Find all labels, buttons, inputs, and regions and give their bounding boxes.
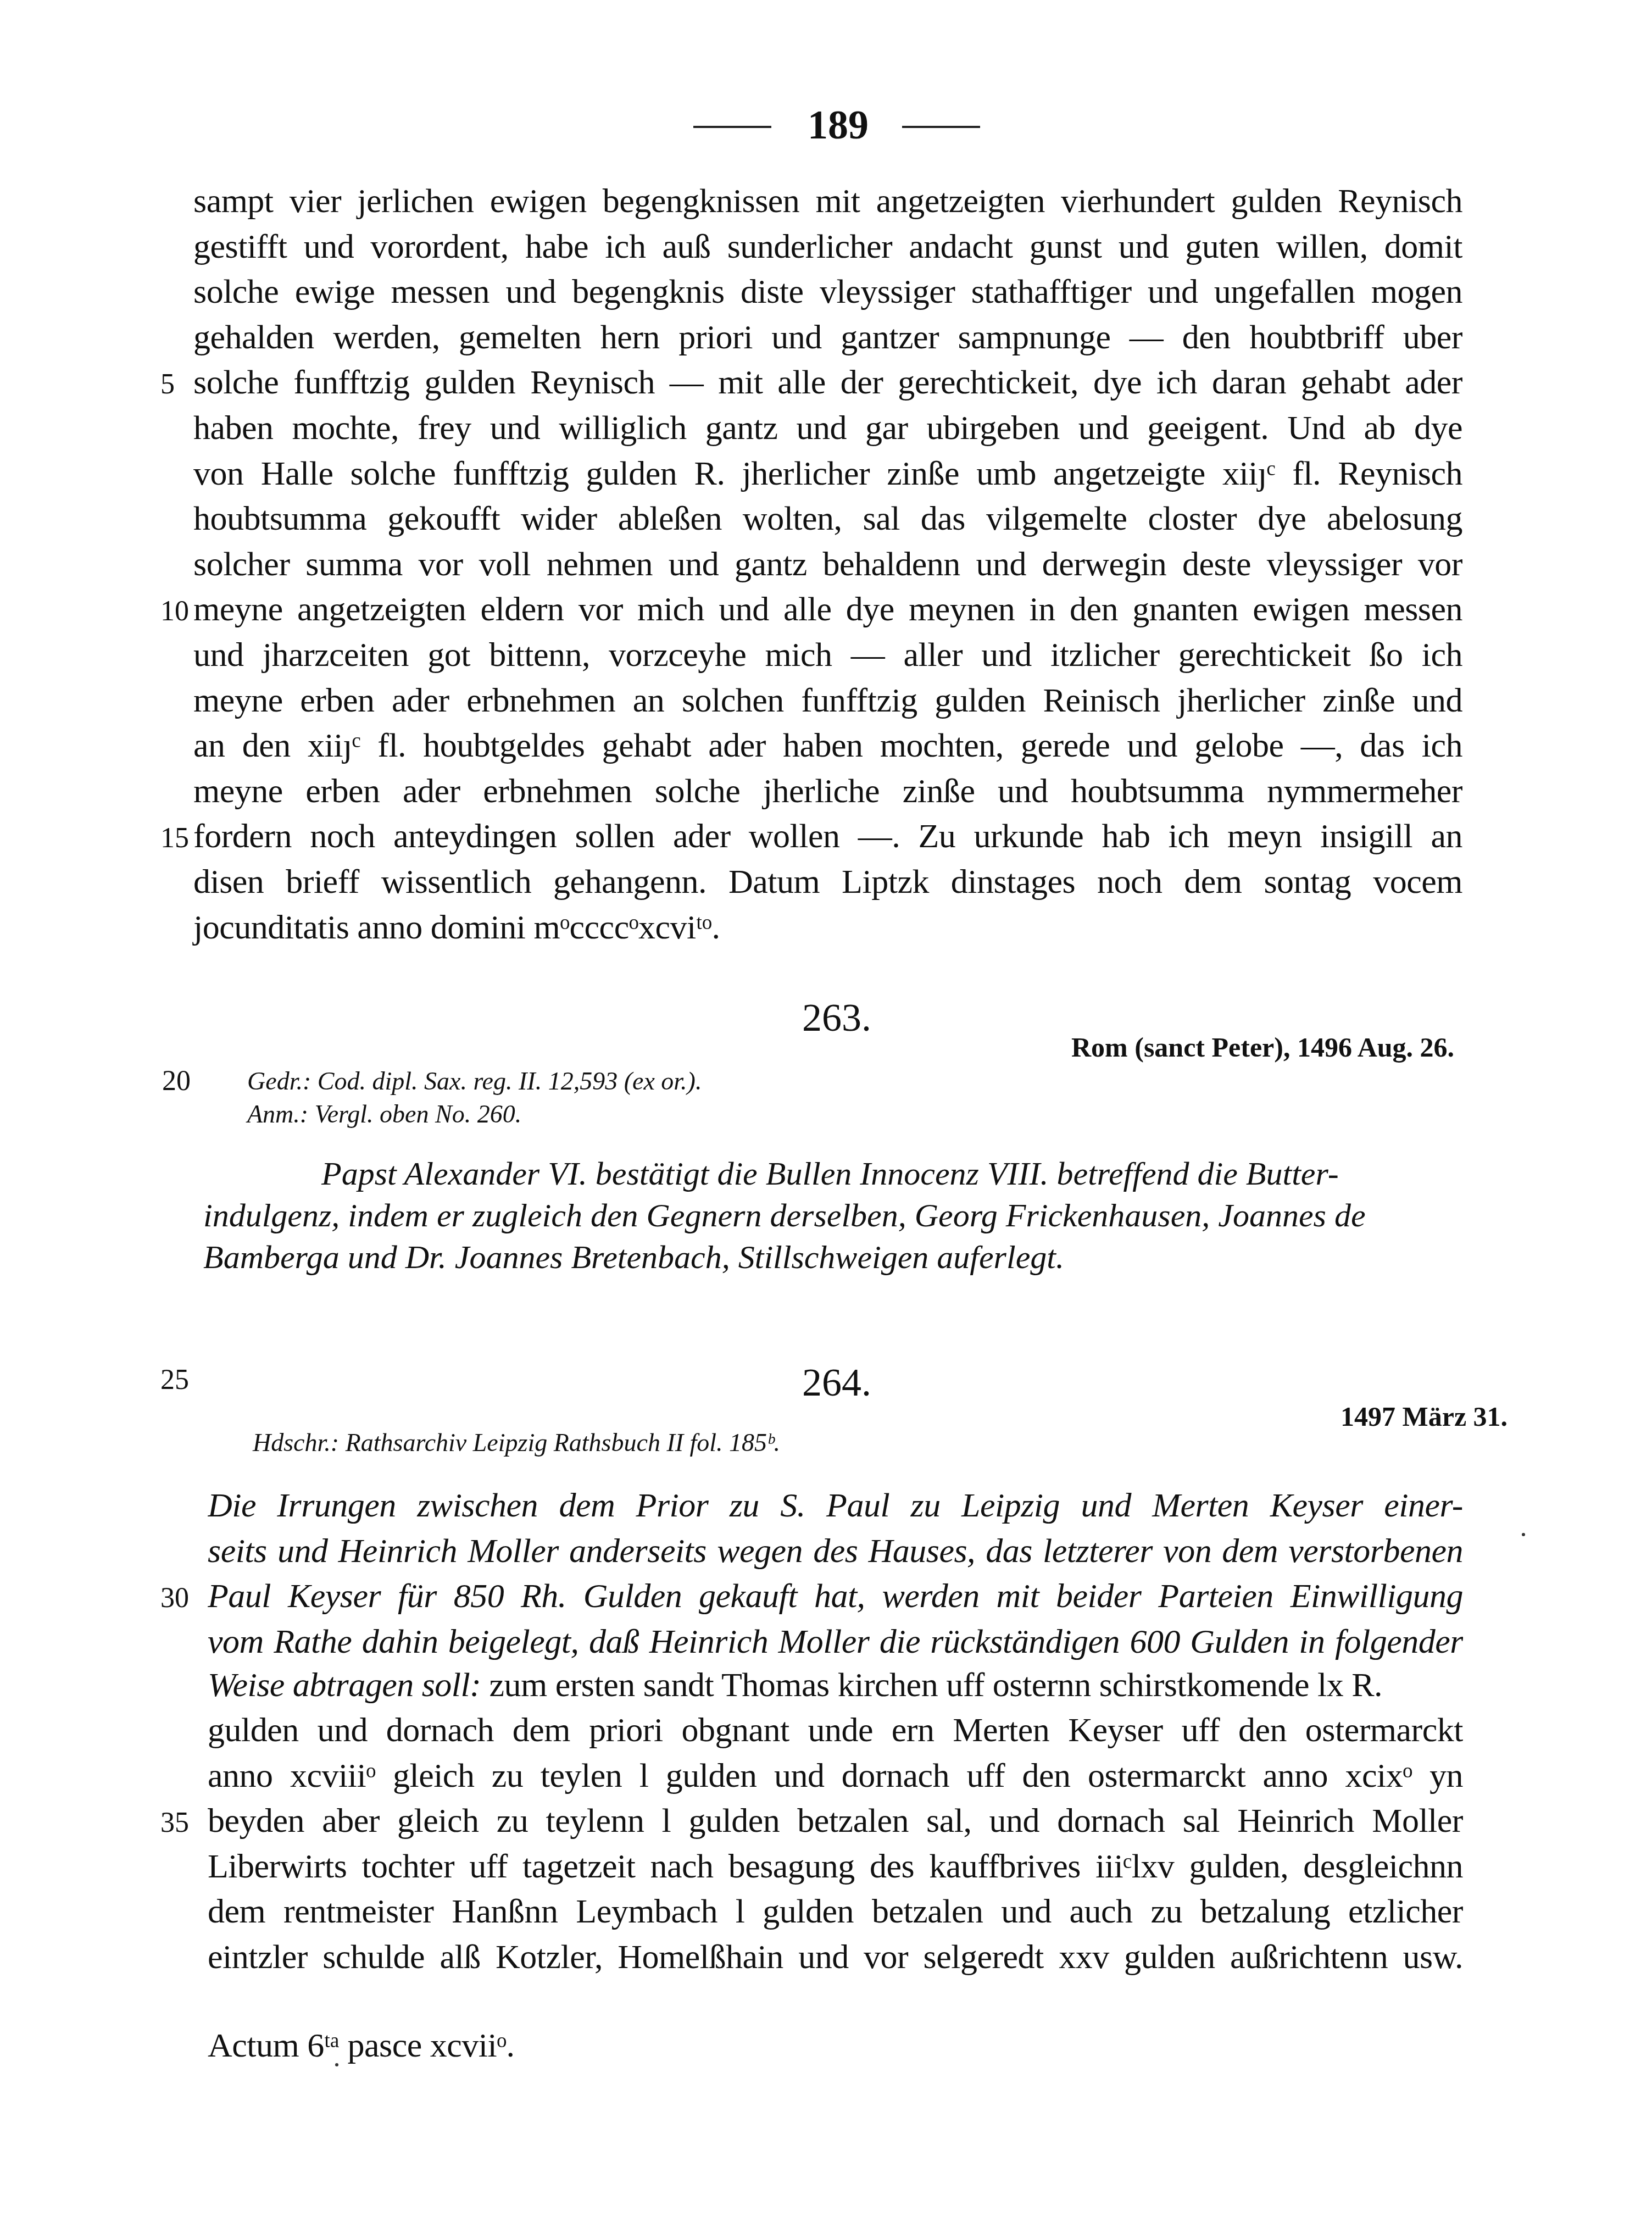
scan-speck: [1522, 1533, 1525, 1536]
body-264-line: eintzler schulde alß Kotzler, Homelßhain…: [208, 1937, 1463, 1977]
mixed-line: Weise abtragen soll: zum ersten sandt Th…: [208, 1665, 1463, 1705]
document-263-date: Rom (sanct Peter), 1496 Aug. 26.: [1071, 1031, 1454, 1064]
body-264-start: zum ersten sandt Thomas kirchen uff oste…: [481, 1666, 1382, 1704]
body-262-line: meyne angetzeigten eldern vor mich und a…: [193, 590, 1462, 629]
header-rule-left: [693, 126, 771, 128]
line-number-25: 25: [160, 1360, 189, 1400]
line-number: 30: [160, 1579, 189, 1618]
document-page: 189 sampt vier jerlichen ewigen begengkn…: [0, 0, 1652, 2234]
scan-speck: [335, 2063, 338, 2066]
body-262-line: gehalden werden, gemelten hern priori un…: [193, 318, 1462, 357]
body-262-line: von Halle solche funfftzig gulden R. jhe…: [193, 454, 1462, 493]
body-262-line: meyne erben ader erbnehmen solche jherli…: [193, 771, 1462, 811]
line-number-20: 20: [162, 1062, 191, 1101]
body-262-line: solche ewige messen und begengknis diste…: [193, 272, 1462, 312]
body-262-line: sampt vier jerlichen ewigen begengknisse…: [193, 181, 1462, 221]
regest-264-line: seits und Heinrich Moller anderseits weg…: [208, 1531, 1463, 1571]
document-number-263: 263.: [802, 996, 871, 1040]
body-264-line: anno xcviiiᵒ gleich zu teylen l gulden u…: [208, 1756, 1463, 1796]
page-number: 189: [808, 103, 869, 147]
closing-line: Actum 6ᵗᵃ pasce xcviiᵒ.: [208, 2026, 515, 2065]
body-262-line: disen brieff wissentlich gehangenn. Datu…: [193, 862, 1462, 902]
header-rule-right: [902, 126, 980, 128]
line-number: 35: [160, 1803, 189, 1843]
print-source-note: Gedr.: Cod. dipl. Sax. reg. II. 12,593 (…: [247, 1066, 702, 1097]
body-262-line: fordern noch anteydingen sollen ader wol…: [193, 816, 1462, 856]
regest-264-line: vom Rathe dahin beigelegt, daß Heinrich …: [208, 1622, 1463, 1661]
regest-263-line-2: indulgenz, indem er zugleich den Gegnern…: [203, 1196, 1464, 1235]
regest-263-line-3: Bamberga und Dr. Joannes Bretenbach, Sti…: [203, 1237, 1064, 1277]
regest-264-ending: Weise abtragen soll:: [208, 1666, 481, 1704]
line-number: 10: [160, 592, 189, 631]
body-264-line: beyden aber gleich zu teylenn l gulden b…: [208, 1801, 1463, 1841]
body-262-line: houbtsumma gekoufft wider ableßen wolten…: [193, 499, 1462, 538]
document-264-date: 1497 März 31.: [1340, 1400, 1508, 1433]
body-264-line: dem rentmeister Hanßnn Leymbach l gulden…: [208, 1892, 1463, 1931]
line-number: 5: [160, 365, 175, 404]
line-number: 15: [160, 819, 189, 858]
body-262-line: meyne erben ader erbnehmen an solchen fu…: [193, 681, 1462, 720]
body-262-line: solche funfftzig gulden Reynisch — mit a…: [193, 363, 1462, 402]
body-262-line: an den xiiȷᶜ fl. houbtgeldes gehabt ader…: [193, 726, 1462, 765]
body-262-line: solcher summa vor voll nehmen und gantz …: [193, 544, 1462, 584]
manuscript-source-note: Hdschr.: Rathsarchiv Leipzig Rathsbuch I…: [253, 1427, 780, 1458]
body-262-line: und jharzceiten got bittenn, vorzceyhe m…: [193, 635, 1462, 675]
body-262-line: jocunditatis anno domini mᵒccccᵒxcviᵗᵒ.: [193, 908, 720, 947]
document-number-264: 264.: [802, 1360, 871, 1404]
regest-263-line-1: Papst Alexander VI. bestätigt die Bullen…: [321, 1154, 1464, 1193]
regest-264-line: Paul Keyser für 850 Rh. Gulden gekauft h…: [208, 1576, 1463, 1616]
body-264-line: Liberwirts tochter uff tagetzeit nach be…: [208, 1847, 1463, 1886]
annotation-note: Anm.: Vergl. oben No. 260.: [247, 1099, 521, 1130]
body-262-line: gestifft und vorordent, habe ich auß sun…: [193, 227, 1462, 266]
body-262-line: haben mochte, frey und williglich gantz …: [193, 408, 1462, 448]
body-264-line: gulden und dornach dem priori obgnant un…: [208, 1710, 1463, 1750]
regest-264-line: Die Irrungen zwischen dem Prior zu S. Pa…: [208, 1486, 1463, 1525]
